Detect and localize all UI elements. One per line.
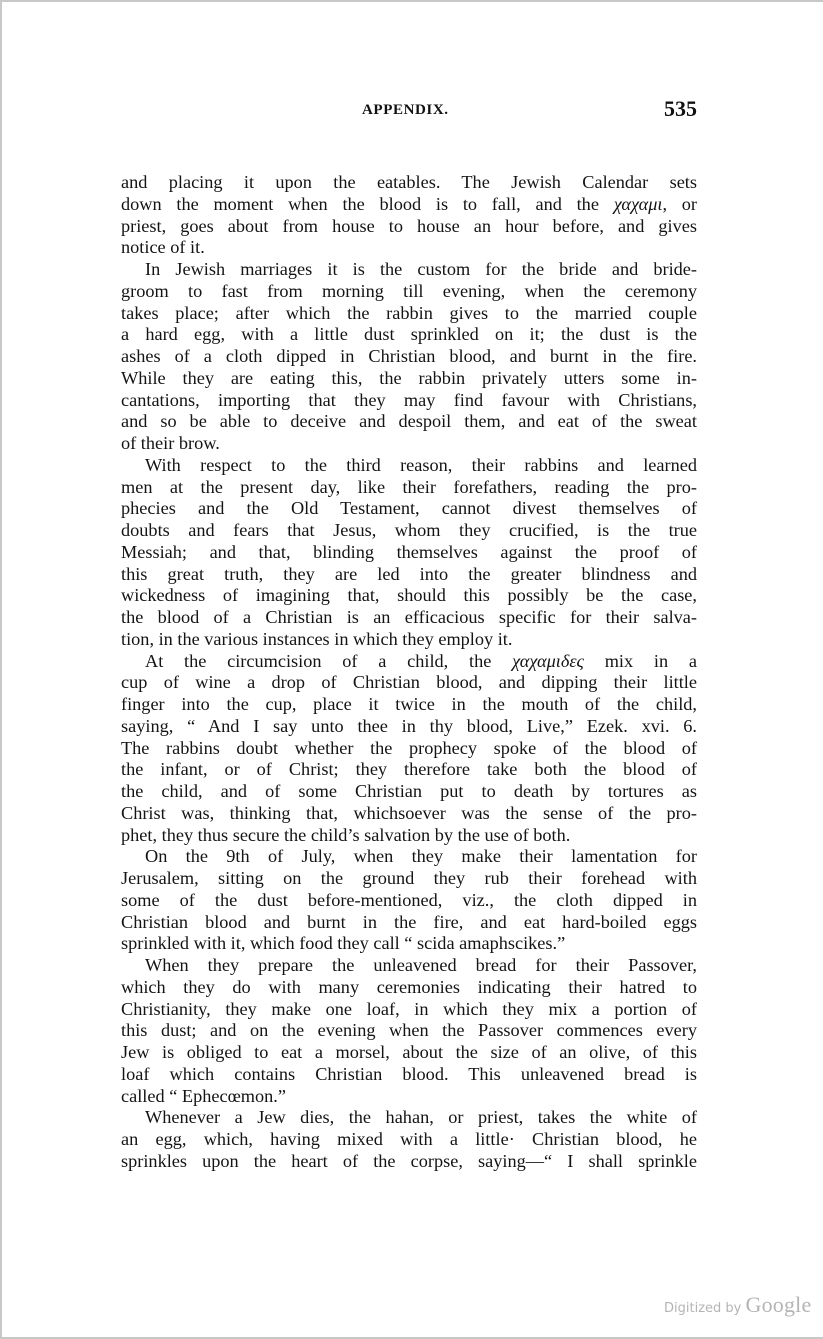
text-run: Whenever a Jew dies, the hahan, or pries… xyxy=(145,1107,697,1127)
text-line: men at the present day, like their foref… xyxy=(121,477,697,499)
text-line: wickedness of imagining that, should thi… xyxy=(121,585,697,607)
text-line: notice of it. xyxy=(121,237,697,259)
text-run: mix in a xyxy=(584,651,697,671)
text-run: men at the present day, like their foref… xyxy=(121,477,697,497)
text-run: tion, in the various instances in which … xyxy=(121,629,512,649)
paragraph: With respect to the third reason, their … xyxy=(121,455,697,651)
text-run: some of the dust before-mentioned, viz.,… xyxy=(121,890,697,910)
body-text: and placing it upon the eatables. The Je… xyxy=(121,172,697,1173)
text-line: saying, “ And I say unto thee in thy blo… xyxy=(121,716,697,738)
text-run: the blood of a Christian is an efficacio… xyxy=(121,607,697,627)
paragraph: Whenever a Jew dies, the hahan, or pries… xyxy=(121,1107,697,1172)
running-title: APPENDIX. xyxy=(362,102,449,119)
text-line: groom to fast from morning till evening,… xyxy=(121,281,697,303)
page-number: 535 xyxy=(664,96,697,122)
text-line: the child, and of some Christian put to … xyxy=(121,781,697,803)
text-run: Messiah; and that, blinding themselves a… xyxy=(121,542,697,562)
watermark-prefix: Digitized by xyxy=(664,1301,745,1316)
text-line: called “ Ephecœmon.” xyxy=(121,1086,697,1108)
text-run: While they are eating this, the rabbin p… xyxy=(121,368,697,388)
google-logo: Google xyxy=(745,1292,811,1317)
text-run: this great truth, they are led into the … xyxy=(121,564,697,584)
text-line: which they do with many ceremonies indic… xyxy=(121,977,697,999)
text-line: a hard egg, with a little dust sprinkled… xyxy=(121,324,697,346)
text-run: which they do with many ceremonies indic… xyxy=(121,977,697,997)
text-run: groom to fast from morning till evening,… xyxy=(121,281,697,301)
text-line: some of the dust before-mentioned, viz.,… xyxy=(121,890,697,912)
text-run: sprinkles upon the heart of the corpse, … xyxy=(121,1151,697,1171)
text-run: of their brow. xyxy=(121,433,220,453)
text-run: Christianity, they make one loaf, in whi… xyxy=(121,999,697,1019)
text-line: loaf which contains Christian blood. Thi… xyxy=(121,1064,697,1086)
text-run: finger into the cup, place it twice in t… xyxy=(121,694,697,714)
text-run: , or xyxy=(662,194,697,214)
text-line: With respect to the third reason, their … xyxy=(121,455,697,477)
paragraph: In Jewish marriages it is the custom for… xyxy=(121,259,697,455)
text-line: the blood of a Christian is an efficacio… xyxy=(121,607,697,629)
text-line: of their brow. xyxy=(121,433,697,455)
text-run: and so be able to deceive and despoil th… xyxy=(121,411,697,431)
text-run: phecies and the Old Testament, cannot di… xyxy=(121,498,697,518)
text-run: sprinkled with it, which food they call … xyxy=(121,933,565,953)
text-line: and so be able to deceive and despoil th… xyxy=(121,411,697,433)
book-page: APPENDIX. 535 and placing it upon the ea… xyxy=(0,0,823,1339)
greek-word: χαχαμιδες xyxy=(512,651,584,671)
text-run: phet, they thus secure the child’s salva… xyxy=(121,825,570,845)
text-line: When they prepare the unleavened bread f… xyxy=(121,955,697,977)
text-line: Whenever a Jew dies, the hahan, or pries… xyxy=(121,1107,697,1129)
text-run: notice of it. xyxy=(121,237,205,257)
text-line: cup of wine a drop of Christian blood, a… xyxy=(121,672,697,694)
text-run: down the moment when the blood is to fal… xyxy=(121,194,614,214)
text-run: Christian blood and burnt in the fire, a… xyxy=(121,912,697,932)
text-line: down the moment when the blood is to fal… xyxy=(121,194,697,216)
text-run: cup of wine a drop of Christian blood, a… xyxy=(121,672,697,692)
text-line: Christian blood and burnt in the fire, a… xyxy=(121,912,697,934)
text-line: this dust; and on the evening when the P… xyxy=(121,1020,697,1042)
text-line: phecies and the Old Testament, cannot di… xyxy=(121,498,697,520)
text-line: Jew is obliged to eat a morsel, about th… xyxy=(121,1042,697,1064)
paragraph: At the circumcision of a child, the χαχα… xyxy=(121,651,697,847)
text-run: Christ was, thinking that, whichsoever w… xyxy=(121,803,697,823)
text-line: Christ was, thinking that, whichsoever w… xyxy=(121,803,697,825)
text-line: takes place; after which the rabbin give… xyxy=(121,303,697,325)
text-line: In Jewish marriages it is the custom for… xyxy=(121,259,697,281)
running-head: APPENDIX. 535 xyxy=(121,98,697,124)
text-line: cantations, importing that they may find… xyxy=(121,390,697,412)
text-run: Jerusalem, sitting on the ground they ru… xyxy=(121,868,697,888)
paragraph: On the 9th of July, when they make their… xyxy=(121,846,697,955)
text-run: ashes of a cloth dipped in Christian blo… xyxy=(121,346,697,366)
text-run: this dust; and on the evening when the P… xyxy=(121,1020,697,1040)
text-run: saying, “ And I say unto thee in thy blo… xyxy=(121,716,697,736)
text-line: phet, they thus secure the child’s salva… xyxy=(121,825,697,847)
text-run: When they prepare the unleavened bread f… xyxy=(145,955,697,975)
text-line: The rabbins doubt whether the prophecy s… xyxy=(121,738,697,760)
text-run: doubts and fears that Jesus, whom they c… xyxy=(121,520,697,540)
text-run: the child, and of some Christian put to … xyxy=(121,781,697,801)
text-line: sprinkles upon the heart of the corpse, … xyxy=(121,1151,697,1173)
text-run: takes place; after which the rabbin give… xyxy=(121,303,697,323)
text-line: ashes of a cloth dipped in Christian blo… xyxy=(121,346,697,368)
text-line: While they are eating this, the rabbin p… xyxy=(121,368,697,390)
text-run: loaf which contains Christian blood. Thi… xyxy=(121,1064,697,1084)
text-run: Jew is obliged to eat a morsel, about th… xyxy=(121,1042,697,1062)
text-line: Christianity, they make one loaf, in whi… xyxy=(121,999,697,1021)
greek-word: χαχαμι xyxy=(614,194,663,214)
text-line: and placing it upon the eatables. The Je… xyxy=(121,172,697,194)
text-line: At the circumcision of a child, the χαχα… xyxy=(121,651,697,673)
text-line: finger into the cup, place it twice in t… xyxy=(121,694,697,716)
text-run: At the circumcision of a child, the xyxy=(145,651,512,671)
text-run: wickedness of imagining that, should thi… xyxy=(121,585,697,605)
text-line: an egg, which, having mixed with a littl… xyxy=(121,1129,697,1151)
digitized-by-google-watermark: Digitized by Google xyxy=(664,1292,811,1318)
text-line: priest, goes about from house to house a… xyxy=(121,216,697,238)
text-run: an egg, which, having mixed with a littl… xyxy=(121,1129,697,1149)
text-line: this great truth, they are led into the … xyxy=(121,564,697,586)
text-run: The rabbins doubt whether the prophecy s… xyxy=(121,738,697,758)
paragraph: and placing it upon the eatables. The Je… xyxy=(121,172,697,259)
text-line: tion, in the various instances in which … xyxy=(121,629,697,651)
text-run: called “ Ephecœmon.” xyxy=(121,1086,286,1106)
paragraph: When they prepare the unleavened bread f… xyxy=(121,955,697,1107)
text-run: a hard egg, with a little dust sprinkled… xyxy=(121,324,697,344)
text-run: With respect to the third reason, their … xyxy=(145,455,697,475)
text-run: In Jewish marriages it is the custom for… xyxy=(145,259,697,279)
text-run: priest, goes about from house to house a… xyxy=(121,216,697,236)
text-line: On the 9th of July, when they make their… xyxy=(121,846,697,868)
text-line: the infant, or of Christ; they therefore… xyxy=(121,759,697,781)
text-run: the infant, or of Christ; they therefore… xyxy=(121,759,697,779)
text-run: On the 9th of July, when they make their… xyxy=(145,846,697,866)
text-line: Jerusalem, sitting on the ground they ru… xyxy=(121,868,697,890)
text-line: sprinkled with it, which food they call … xyxy=(121,933,697,955)
text-line: Messiah; and that, blinding themselves a… xyxy=(121,542,697,564)
text-run: and placing it upon the eatables. The Je… xyxy=(121,172,697,192)
text-run: cantations, importing that they may find… xyxy=(121,390,697,410)
text-line: doubts and fears that Jesus, whom they c… xyxy=(121,520,697,542)
